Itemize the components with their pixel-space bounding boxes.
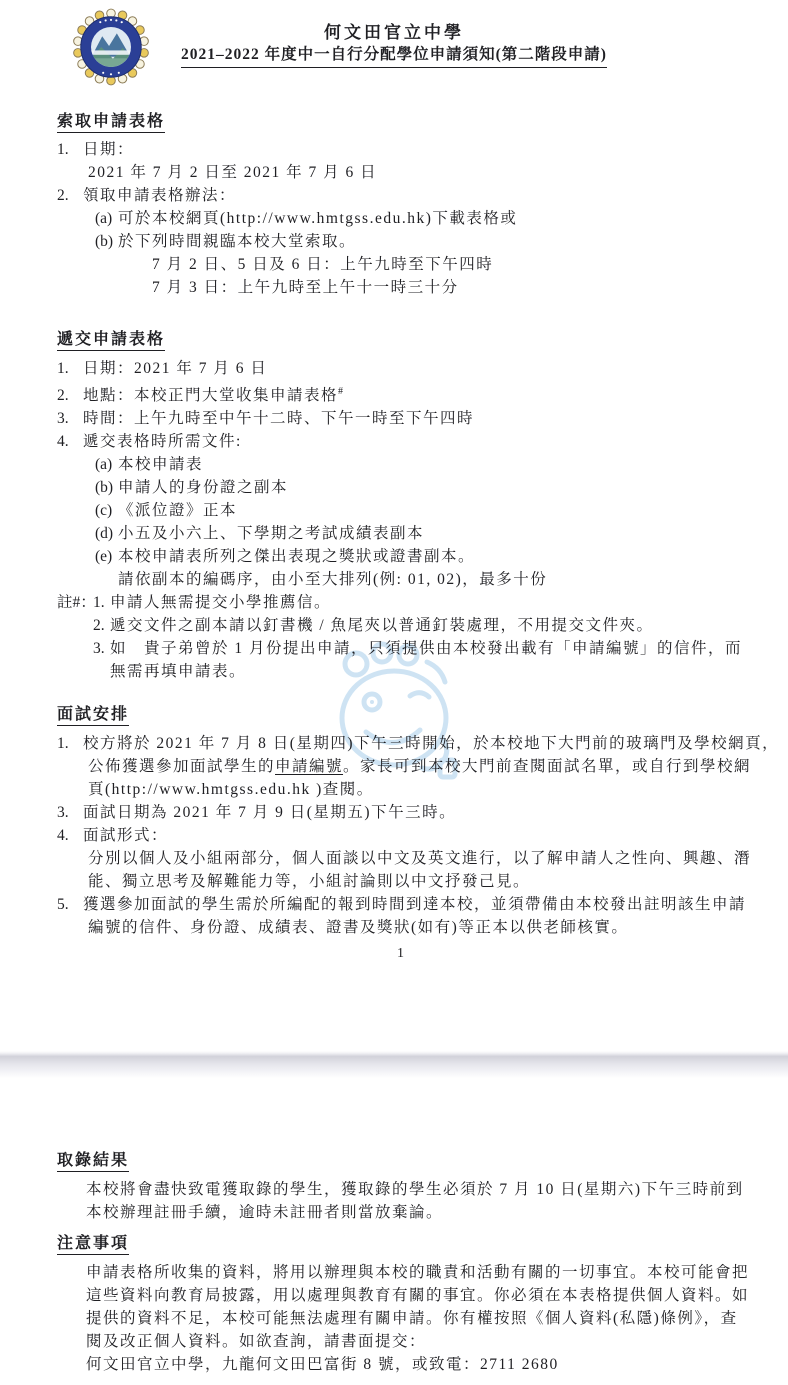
- obtain-time-2: 7 月 3 日：上午九時至上午十一時三十分: [57, 276, 744, 299]
- list-marker: (a): [95, 207, 118, 230]
- interview-item-3: 3.面試日期為 2021 年 7 月 9 日(星期五)下午三時。: [57, 801, 744, 824]
- obtain-method-b: (b)於下列時間親臨本校大堂索取。: [57, 230, 744, 253]
- list-marker: (b): [95, 230, 118, 253]
- interview-item-1-line3: 頁(http://www.hmtgss.edu.hk )查閱。: [57, 778, 744, 801]
- submit-item-time: 3.時間：上午九時至中午十二時、下午一時至下午四時: [57, 407, 744, 430]
- admission-line-1: 本校將會盡快致電獲取錄的學生，獲取錄的學生必須於 7 月 10 日(星期六)下午…: [57, 1178, 744, 1201]
- submit-note-2: 2.遞交文件之副本請以釘書機 / 魚尾夾以普通釘裝處理，不用提交文件夾。: [57, 614, 744, 637]
- application-number-underlined: 申請編號: [275, 758, 343, 775]
- list-number: 2.: [57, 184, 83, 207]
- interview-item-4: 4.面試形式：: [57, 824, 744, 847]
- list-number: 3.: [57, 801, 83, 824]
- submit-item-date: 1.日期：2021 年 7 月 6 日: [57, 357, 744, 380]
- note-number: 1.: [93, 591, 110, 614]
- interview-item-1: 1.校方將於 2021 年 7 月 8 日(星期四)下午三時開始，於本校地下大門…: [57, 732, 744, 755]
- notes-line-5-contact: 何文田官立中學，九龍何文田巴富街 8 號，或致電：2711 2680: [57, 1353, 744, 1376]
- page1-content: 索取申請表格 1.日期： 2021 年 7 月 2 日至 2021 年 7 月 …: [0, 112, 788, 964]
- submit-item-place: 2.地點：本校正門大堂收集申請表格#: [57, 380, 744, 407]
- note-number: 3.: [93, 637, 110, 660]
- section-heading-interview: 面試安排: [57, 705, 129, 726]
- interview-item-5-line2: 編號的信件、身份證、成績表、證書及獎狀(如有)等正本以供老師核實。: [57, 916, 744, 939]
- list-number: 1.: [57, 138, 83, 161]
- obtain-method-label: 領取申請表格辦法：: [83, 187, 236, 204]
- interview-item-4-detail2: 能、獨立思考及解難能力等，小組討論則以中文抒發己見。: [57, 870, 744, 893]
- obtain-method-a-text: 可於本校網頁(http://www.hmtgss.edu.hk)下載表格或: [118, 210, 517, 227]
- notes-line-3: 提供的資料不足，本校可能無法處理有關申請。你有權按照《個人資料(私隱)條例》，查: [57, 1307, 744, 1330]
- list-marker: (b): [95, 476, 118, 499]
- submit-doc-b: (b)申請人的身份證之副本: [57, 476, 744, 499]
- list-number: 4.: [57, 430, 83, 453]
- list-number: 3.: [57, 407, 83, 430]
- page-number: 1: [57, 944, 744, 964]
- page-separator: [0, 1051, 788, 1078]
- submit-note-1: 註#：1.申請人無需提交小學推薦信。: [57, 591, 744, 614]
- obtain-time-1: 7 月 2 日、5 日及 6 日：上午九時至下午四時: [57, 253, 744, 276]
- obtain-date-value: 2021 年 7 月 2 日至 2021 年 7 月 6 日: [57, 161, 744, 184]
- note-prefix: 註#：: [57, 591, 93, 614]
- list-marker: (a): [95, 453, 118, 476]
- document-viewer: 何文田官立中學 2021–2022 年度中一自行分配學位申請須知(第二階段申請)…: [0, 0, 788, 1385]
- submit-doc-e-note: 請依副本的編碼序，由小至大排列(例: 01, 02)，最多十份: [57, 568, 744, 591]
- list-number: 1.: [57, 732, 83, 755]
- list-number: 1.: [57, 357, 83, 380]
- notes-line-4: 閱及改正個人資料。如欲查詢，請書面提交：: [57, 1330, 744, 1353]
- interview-item-1-line2: 公佈獲選參加面試學生的申請編號。家長可到本校大門前查閱面試名單，或自行到學校網: [57, 755, 744, 778]
- page2-content: 取錄結果 本校將會盡快致電獲取錄的學生，獲取錄的學生必須於 7 月 10 日(星…: [0, 1078, 788, 1376]
- submit-doc-e: (e)本校申請表所列之傑出表現之獎狀或證書副本。: [57, 545, 744, 568]
- school-crest-icon: [72, 8, 150, 86]
- obtain-method-b-text: 於下列時間親臨本校大堂索取。: [118, 233, 356, 250]
- obtain-item-date: 1.日期：: [57, 138, 744, 161]
- submit-doc-d: (d)小五及小六上、下學期之考試成績表副本: [57, 522, 744, 545]
- interview-item-5: 5.獲選參加面試的學生需於所編配的報到時間到達本校，並須帶備由本校發出註明該生申…: [57, 893, 744, 916]
- submit-note-3: 3.如 貴子弟曾於 1 月份提出申請，只須提供由本校發出載有「申請編號」的信件，…: [57, 637, 744, 660]
- list-number: 2.: [57, 384, 83, 407]
- section-heading-important-notes: 注意事項: [57, 1234, 129, 1255]
- section-heading-admission-result: 取錄結果: [57, 1151, 129, 1172]
- section-heading-obtain-form: 索取申請表格: [57, 112, 165, 133]
- page-1: 何文田官立中學 2021–2022 年度中一自行分配學位申請須知(第二階段申請)…: [0, 0, 788, 1051]
- note-number: 2.: [93, 614, 110, 637]
- admission-line-2: 本校辦理註冊手續，逾時未註冊者則當放棄論。: [57, 1201, 744, 1224]
- list-marker: (c): [95, 499, 118, 522]
- notice-title: 2021–2022 年度中一自行分配學位申請須知(第二階段申請): [181, 44, 607, 68]
- list-number: 4.: [57, 824, 83, 847]
- submit-doc-a: (a)本校申請表: [57, 453, 744, 476]
- notes-line-1: 申請表格所收集的資料，將用以辦理與本校的職責和活動有關的一切事宜。本校可能會把: [57, 1261, 744, 1284]
- list-marker: (e): [95, 545, 118, 568]
- document-header: 何文田官立中學 2021–2022 年度中一自行分配學位申請須知(第二階段申請): [0, 0, 788, 68]
- notes-line-2: 這些資料向教育局披露，用以處理與教育有關的事宜。你必須在本表格提供個人資料。如: [57, 1284, 744, 1307]
- section-heading-submit-form: 遞交申請表格: [57, 330, 165, 351]
- page-2: 取錄結果 本校將會盡快致電獲取錄的學生，獲取錄的學生必須於 7 月 10 日(星…: [0, 1078, 788, 1385]
- hash-superscript: #: [338, 386, 343, 397]
- obtain-method-a: (a)可於本校網頁(http://www.hmtgss.edu.hk)下載表格或: [57, 207, 744, 230]
- interview-item-4-detail1: 分別以個人及小組兩部分，個人面談以中文及英文進行，以了解申請人之性向、興趣、潛: [57, 847, 744, 870]
- obtain-date-label: 日期：: [83, 141, 134, 158]
- submit-item-docs: 4.遞交表格時所需文件:: [57, 430, 744, 453]
- list-marker: (d): [95, 522, 118, 545]
- submit-doc-c: (c)《派位證》正本: [57, 499, 744, 522]
- obtain-item-method: 2.領取申請表格辦法：: [57, 184, 744, 207]
- submit-note-3-cont: 無需再填申請表。: [57, 660, 744, 683]
- list-number: 5.: [57, 893, 83, 916]
